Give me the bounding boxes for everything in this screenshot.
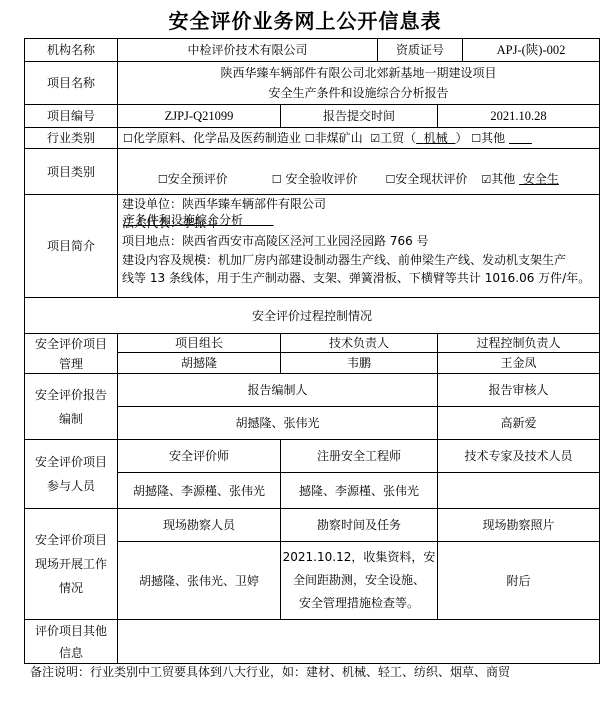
industry-trade-fill: 机械 [416, 131, 455, 145]
checkbox-unchecked-icon[interactable]: ☐ [305, 132, 315, 145]
report-value-reviewer: 高新爱 [437, 406, 600, 440]
page-title: 安全评价业务网上公开信息表 [0, 5, 610, 34]
intro-line-builder: 建设单位：陕西华臻车辆部件有限公司 [122, 195, 326, 214]
participants-header-experts: 技术专家及技术人员 [437, 439, 600, 473]
checkbox-unchecked-icon[interactable]: ☐ [272, 173, 282, 186]
intro-content: 建设单位：陕西华臻车辆部件有限公司 法人代表：李振斗 项目地点：陕西省西安市高陵… [117, 194, 600, 298]
type-option-pre[interactable]: ☐安全预评价 [158, 172, 228, 186]
report-header-reviewer: 报告审核人 [437, 373, 600, 407]
project-name-value: 陕西华臻车辆部件有限公司北郊新基地一期建设项目 安全生产条件和设施综合分析报告 [117, 61, 600, 105]
project-type-options: ☐安全预评价☐ 安全验收评价☐安全现状评价☑其他 安全生 产条件和设施综合分析 [117, 148, 600, 195]
type-other-fill-1: 安全生 [519, 172, 559, 186]
report-label: 安全评价报告 编制 [24, 373, 118, 440]
industry-label: 行业类别 [24, 127, 118, 149]
intro-line-legal-rep: 法人代表：李振斗 [122, 214, 218, 233]
participants-value-engineer: 撼隆、李源槿、张伟光 [280, 472, 438, 509]
management-label: 安全评价项目 管理 [24, 333, 118, 374]
submit-time-label: 报告提交时间 [280, 104, 438, 128]
type-option-other[interactable]: ☑其他 [481, 172, 515, 186]
fieldwork-value-task: 2021.10.12，收集资料，安 全间距勘测，安全设施、 安全管理措施检查等。 [280, 541, 438, 620]
cert-label: 资质证号 [377, 38, 463, 62]
industry-options: ☐化学原料、化学品及医药制造业 ☐非煤矿山 ☑工贸（ 机械 ） ☐其他 [117, 127, 600, 149]
project-name-label: 项目名称 [24, 61, 118, 105]
project-type-label: 项目类别 [24, 148, 118, 195]
footnote: 备注说明：行业类别中工贸要具体到八大行业，如：建材、机械、轻工、纺织、烟草、商贸 [30, 663, 510, 680]
mgmt-header-process: 过程控制负责人 [437, 333, 600, 353]
mgmt-value-tech: 韦鹏 [280, 352, 438, 374]
intro-line-scope-2: 线等 13 条线体，用于生产制动器、支架、弹簧滑板、下横臂等共计 1016.06… [122, 269, 590, 288]
industry-option-mining[interactable]: ☐非煤矿山 [305, 128, 363, 149]
checkbox-unchecked-icon[interactable]: ☐ [123, 132, 133, 145]
industry-other-fill [509, 131, 532, 145]
cert-value: APJ-(陕)-002 [462, 38, 600, 62]
submit-time-value: 2021.10.28 [437, 104, 600, 128]
participants-label: 安全评价项目 参与人员 [24, 439, 118, 509]
project-name-line2: 安全生产条件和设施综合分析报告 [268, 83, 448, 103]
project-no-value: ZJPJ-Q21099 [117, 104, 281, 128]
fieldwork-label: 安全评价项目 现场开展工作 情况 [24, 508, 118, 620]
industry-option-chemical[interactable]: ☐化学原料、化学品及医药制造业 [123, 128, 301, 149]
fieldwork-header-task: 勘察时间及任务 [280, 508, 438, 542]
checkbox-unchecked-icon[interactable]: ☐ [158, 173, 168, 186]
type-option-status[interactable]: ☐安全现状评价 [385, 172, 467, 186]
mgmt-value-leader: 胡撼隆 [117, 352, 281, 374]
participants-value-evaluator: 胡撼隆、李源槿、张伟光 [117, 472, 281, 509]
checkbox-unchecked-icon[interactable]: ☐ [385, 173, 395, 186]
report-header-author: 报告编制人 [117, 373, 438, 407]
intro-line-scope-1: 建设内容及规模：机加厂房内部建设制动器生产线、前伸梁生产线、发动机支架生产 [122, 251, 566, 270]
intro-label: 项目简介 [24, 194, 118, 298]
checkbox-unchecked-icon[interactable]: ☐ [471, 132, 481, 145]
project-no-label: 项目编号 [24, 104, 118, 128]
mgmt-header-tech: 技术负责人 [280, 333, 438, 353]
type-option-acceptance[interactable]: ☐ 安全验收评价 [272, 172, 358, 186]
other-info-value [117, 619, 600, 664]
fieldwork-value-photos: 附后 [437, 541, 600, 620]
participants-header-engineer: 注册安全工程师 [280, 439, 438, 473]
mgmt-value-process: 王金凤 [437, 352, 600, 374]
industry-option-trade[interactable]: ☑工贸（ 机械 ） [370, 128, 467, 149]
process-header: 安全评价过程控制情况 [24, 297, 600, 334]
org-label: 机构名称 [24, 38, 118, 62]
participants-value-experts [437, 472, 600, 509]
fieldwork-header-photos: 现场勘察照片 [437, 508, 600, 542]
checkbox-checked-icon[interactable]: ☑ [370, 132, 380, 145]
org-value: 中检评价技术有限公司 [117, 38, 378, 62]
report-value-author: 胡撼隆、张伟光 [117, 406, 438, 440]
checkbox-checked-icon[interactable]: ☑ [481, 173, 491, 186]
fieldwork-value-staff: 胡撼隆、张伟光、卫婷 [117, 541, 281, 620]
other-info-label: 评价项目其他 信息 [24, 619, 118, 664]
fieldwork-header-staff: 现场勘察人员 [117, 508, 281, 542]
industry-option-other[interactable]: ☐其他 [471, 128, 532, 149]
intro-line-location: 项目地点：陕西省西安市高陵区泾河工业园泾园路 766 号 [122, 232, 429, 251]
mgmt-header-leader: 项目组长 [117, 333, 281, 353]
project-name-line1: 陕西华臻车辆部件有限公司北郊新基地一期建设项目 [220, 63, 496, 83]
participants-header-evaluator: 安全评价师 [117, 439, 281, 473]
